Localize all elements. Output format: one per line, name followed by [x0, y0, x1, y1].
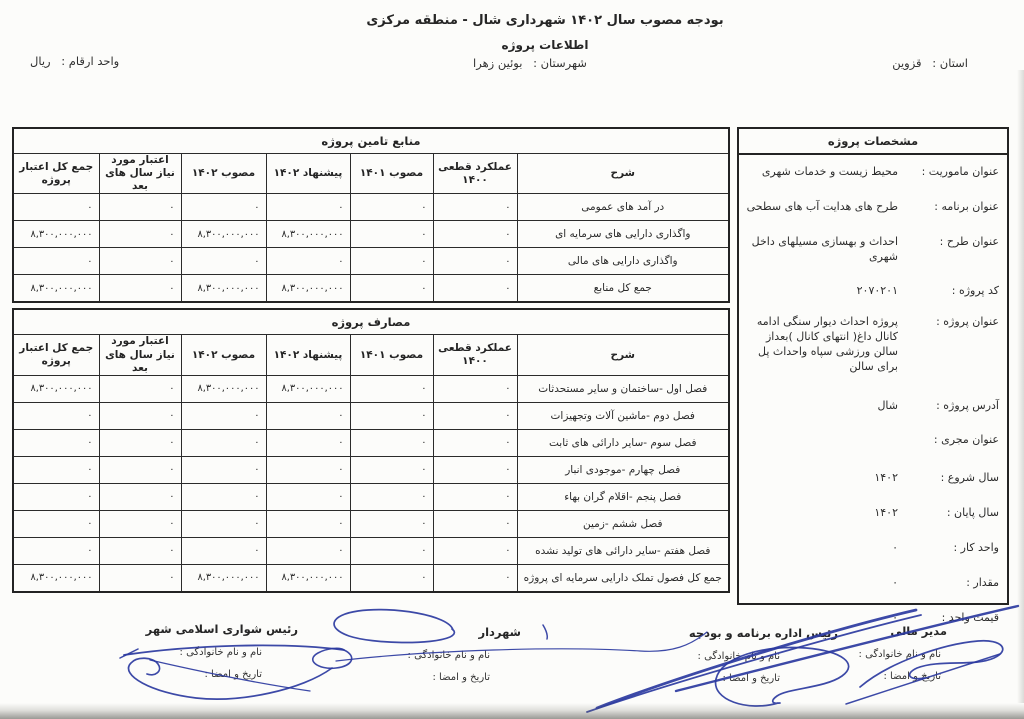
table-title-row: منابع تامین پروژه	[13, 128, 729, 154]
cell-value: ۰	[99, 483, 181, 510]
cell-value: ۰	[266, 510, 350, 537]
spec-field-label: عنوان طرح :	[907, 235, 999, 250]
table-row: فصل چهارم -موجودی انبار۰۰۰۰۰۰	[13, 456, 729, 483]
spec-field-value: محیط زیست و خدمات شهری	[745, 165, 907, 180]
cell-value: ۸,۳۰۰,۰۰۰,۰۰۰	[181, 275, 266, 303]
column-header: جمع کل اعتبار پروژه	[13, 154, 99, 194]
spec-field: سال شروع :۱۴۰۲	[745, 471, 999, 486]
spec-field: عنوان ماموریت :محیط زیست و خدمات شهری	[745, 165, 999, 180]
province-field: استان : قزوین	[892, 56, 968, 70]
spec-field: عنوان مجری :	[745, 433, 999, 448]
cell-value: ۰	[181, 248, 266, 275]
cell-value: ۰	[99, 221, 181, 248]
cell-value: ۰	[350, 248, 433, 275]
spec-field: آدرس پروژه :شال	[745, 399, 999, 414]
cell-value: ۰	[350, 375, 433, 402]
table-title: منابع تامین پروژه	[13, 128, 729, 154]
cell-value: ۰	[266, 537, 350, 564]
cell-value: ۰	[99, 537, 181, 564]
signature-date-label: تاریخ و امضا :	[688, 668, 780, 690]
cell-value: ۰	[266, 456, 350, 483]
cell-value: ۰	[350, 429, 433, 456]
cell-value: ۸,۳۰۰,۰۰۰,۰۰۰	[181, 221, 266, 248]
column-header: شرح	[517, 335, 729, 375]
cell-value: ۸,۳۰۰,۰۰۰,۰۰۰	[181, 375, 266, 402]
cell-value: ۰	[350, 483, 433, 510]
signature-name-label: نام و نام خانوادگی :	[688, 646, 780, 668]
spec-field-label: سال پایان :	[907, 506, 999, 521]
spec-field-label: عنوان پروژه :	[907, 315, 999, 330]
table-row: فصل دوم -ماشین آلات وتجهیزات۰۰۰۰۰۰	[13, 402, 729, 429]
cell-value: ۸,۳۰۰,۰۰۰,۰۰۰	[266, 564, 350, 592]
spec-field-value: ۰	[745, 541, 907, 556]
cell-value: ۰	[13, 537, 99, 564]
spec-field-value: احداث و بهسازی مسیلهای داخل شهری	[745, 235, 907, 265]
cell-value: ۰	[181, 402, 266, 429]
signature-ink-council-head	[313, 648, 352, 668]
row-label: فصل پنجم -اقلام گران بهاء	[517, 483, 729, 510]
cell-value: ۰	[181, 194, 266, 221]
table-title: مصارف پروژه	[13, 309, 729, 335]
signature-ink-financial-manager	[846, 654, 1000, 704]
column-header: عملکرد قطعی ۱۴۰۰	[433, 154, 517, 194]
cell-value: ۰	[350, 537, 433, 564]
cell-value: ۰	[99, 429, 181, 456]
column-header: اعتبار مورد نیاز سال های بعد	[99, 335, 181, 375]
spec-field-label: سال شروع :	[907, 471, 999, 486]
cell-value: ۰	[13, 483, 99, 510]
spec-field-label: مقدار :	[907, 576, 999, 591]
cell-value: ۰	[181, 510, 266, 537]
currency-unit-label: واحد ارقام :	[61, 54, 119, 68]
table-row: فصل هفتم -سایر دارائی های تولید نشده۰۰۰۰…	[13, 537, 729, 564]
spec-field-value: ۰	[745, 576, 907, 591]
table-row: فصل ششم -زمین۰۰۰۰۰۰	[13, 510, 729, 537]
spec-field-value: پروژه احداث دیوار سنگی ادامه کانال داغ( …	[745, 315, 907, 374]
table-row: واگذاری دارایی های سرمایه ای۰۰۸,۳۰۰,۰۰۰,…	[13, 221, 729, 248]
cell-value: ۰	[99, 564, 181, 592]
table-title-row: مصارف پروژه	[13, 309, 729, 335]
column-header: مصوب ۱۴۰۱	[350, 335, 433, 375]
cell-value: ۸,۳۰۰,۰۰۰,۰۰۰	[266, 275, 350, 303]
project-specs-title: مشخصات پروژه	[739, 129, 1007, 155]
table-row: در آمد های عمومی۰۰۰۰۰۰	[13, 194, 729, 221]
signature-role: رئیس شواری اسلامی شهر	[150, 622, 298, 636]
cell-value: ۰	[13, 456, 99, 483]
cell-value: ۰	[350, 402, 433, 429]
cell-value: ۰	[99, 275, 181, 303]
spec-field: قیمت واحد :۰	[745, 611, 999, 626]
cell-value: ۰	[13, 402, 99, 429]
cell-value: ۰	[350, 510, 433, 537]
spec-field-value: ۲۰۷۰۲۰۱	[745, 284, 907, 299]
cell-value: ۰	[433, 221, 517, 248]
cell-value: ۸,۳۰۰,۰۰۰,۰۰۰	[13, 275, 99, 303]
county-value: بوئین زهرا	[473, 56, 522, 70]
spec-field: سال پایان :۱۴۰۲	[745, 506, 999, 521]
row-label: فصل سوم -سایر دارائی های ثابت	[517, 429, 729, 456]
county-label: شهرستان :	[533, 56, 587, 70]
signature-role: مدیر مالی	[835, 624, 947, 638]
spec-field: مقدار :۰	[745, 576, 999, 591]
spec-field-value: ۱۴۰۲	[745, 506, 907, 521]
column-header: پیشنهاد ۱۴۰۲	[266, 335, 350, 375]
signature-name-label: نام و نام خانوادگی :	[835, 644, 941, 666]
cell-value: ۰	[99, 402, 181, 429]
row-label: جمع کل فصول تملک دارایی سرمایه ای پروژه	[517, 564, 729, 592]
currency-unit-value: ریال	[30, 54, 51, 68]
signature-block-financial-manager: مدیر مالینام و نام خانوادگی :تاریخ و امض…	[835, 624, 947, 688]
spec-field: عنوان پروژه :پروژه احداث دیوار سنگی ادام…	[745, 315, 999, 374]
cell-value: ۰	[433, 194, 517, 221]
column-header: اعتبار مورد نیاز سال های بعد	[99, 154, 181, 194]
cell-value: ۰	[99, 456, 181, 483]
spec-field-value: ۰	[745, 611, 907, 626]
row-label: فصل ششم -زمین	[517, 510, 729, 537]
signature-ink-council-head	[120, 649, 138, 658]
column-header: عملکرد قطعی ۱۴۰۰	[433, 335, 517, 375]
cell-value: ۰	[181, 456, 266, 483]
column-header: شرح	[517, 154, 729, 194]
signature-ink-budget-head	[587, 615, 921, 712]
project-specs-panel: مشخصات پروژه عنوان ماموریت :محیط زیست و …	[737, 127, 1009, 605]
cell-value: ۰	[350, 456, 433, 483]
project-specs-fields: عنوان ماموریت :محیط زیست و خدمات شهریعنو…	[739, 155, 1007, 626]
signature-ink-budget-head	[716, 648, 849, 706]
cell-value: ۰	[433, 510, 517, 537]
cell-value: ۸,۳۰۰,۰۰۰,۰۰۰	[13, 375, 99, 402]
cell-value: ۰	[433, 375, 517, 402]
spec-field: عنوان برنامه :طرح های هدایت آب های سطحی	[745, 200, 999, 215]
document-title: بودجه مصوب سال ۱۴۰۲ شهرداری شال - منطقه …	[145, 13, 945, 28]
row-label: فصل هفتم -سایر دارائی های تولید نشده	[517, 537, 729, 564]
cell-value: ۰	[266, 483, 350, 510]
table-row: جمع کل فصول تملک دارایی سرمایه ای پروژه۰…	[13, 564, 729, 592]
spec-field-label: کد پروژه :	[907, 284, 999, 299]
cell-value: ۰	[13, 510, 99, 537]
spec-field-label: عنوان برنامه :	[907, 200, 999, 215]
row-label: فصل چهارم -موجودی انبار	[517, 456, 729, 483]
row-label: فصل اول -ساختمان و سایر مستحدثات	[517, 375, 729, 402]
signature-block-city-council-head: رئیس شواری اسلامی شهرنام و نام خانوادگی …	[150, 622, 298, 686]
signature-date-label: تاریخ و امضا :	[399, 667, 490, 689]
cell-value: ۸,۳۰۰,۰۰۰,۰۰۰	[13, 221, 99, 248]
spec-field: کد پروژه :۲۰۷۰۲۰۱	[745, 284, 999, 299]
cell-value: ۰	[433, 275, 517, 303]
spec-field-label: عنوان ماموریت :	[907, 165, 999, 180]
spec-field-label: واحد کار :	[907, 541, 999, 556]
spec-field-label: قیمت واحد :	[907, 611, 999, 626]
spec-field-value: شال	[745, 399, 907, 414]
cell-value: ۰	[350, 564, 433, 592]
signature-name-label: نام و نام خانوادگی :	[150, 642, 262, 664]
table-row: فصل اول -ساختمان و سایر مستحدثات۰۰۸,۳۰۰,…	[13, 375, 729, 402]
row-label: جمع کل منابع	[517, 275, 729, 303]
cell-value: ۰	[99, 375, 181, 402]
cell-value: ۰	[99, 194, 181, 221]
cell-value: ۰	[350, 194, 433, 221]
signature-role: شهردار	[399, 625, 521, 639]
signature-ink-council-head	[129, 658, 332, 699]
column-header: مصوب ۱۴۰۱	[350, 154, 433, 194]
row-label: در آمد های عمومی	[517, 194, 729, 221]
column-header: مصوب ۱۴۰۲	[181, 154, 266, 194]
cell-value: ۰	[266, 248, 350, 275]
spec-field-value: ۱۴۰۲	[745, 471, 907, 486]
signature-date-label: تاریخ و امضا :	[835, 666, 941, 688]
cell-value: ۰	[433, 537, 517, 564]
signature-date-label: تاریخ و امضا :	[150, 664, 262, 686]
spec-field-value: طرح های هدایت آب های سطحی	[745, 200, 907, 215]
table-row: جمع کل منابع۰۰۸,۳۰۰,۰۰۰,۰۰۰۸,۳۰۰,۰۰۰,۰۰۰…	[13, 275, 729, 303]
cell-value: ۰	[433, 564, 517, 592]
province-label: استان :	[932, 56, 968, 70]
spec-field: عنوان طرح :احداث و بهسازی مسیلهای داخل ش…	[745, 235, 999, 265]
table-header-row: شرحعملکرد قطعی ۱۴۰۰مصوب ۱۴۰۱پیشنهاد ۱۴۰۲…	[13, 154, 729, 194]
scanned-budget-document: بودجه مصوب سال ۱۴۰۲ شهرداری شال - منطقه …	[0, 0, 1024, 719]
signature-ink-council-head	[150, 660, 310, 691]
column-header: مصوب ۱۴۰۲	[181, 335, 266, 375]
cell-value: ۰	[181, 483, 266, 510]
spec-field: واحد کار :۰	[745, 541, 999, 556]
signature-ink-financial-manager	[860, 641, 1003, 687]
county-field: شهرستان : بوئین زهرا	[455, 56, 605, 70]
cell-value: ۰	[433, 429, 517, 456]
signature-block-budget-office-head: رئیس اداره برنامه و بودجهنام و نام خانوا…	[688, 626, 838, 690]
cell-value: ۸,۳۰۰,۰۰۰,۰۰۰	[181, 564, 266, 592]
cell-value: ۰	[266, 402, 350, 429]
column-header: جمع کل اعتبار پروژه	[13, 335, 99, 375]
cell-value: ۰	[433, 248, 517, 275]
cell-value: ۸,۳۰۰,۰۰۰,۰۰۰	[13, 564, 99, 592]
scan-right-shadow	[1017, 70, 1024, 703]
cell-value: ۰	[266, 429, 350, 456]
document-subtitle: اطلاعات پروژه	[145, 38, 945, 52]
signature-ink-mayor	[334, 610, 454, 643]
currency-unit-field: واحد ارقام : ریال	[30, 54, 119, 68]
cell-value: ۰	[13, 429, 99, 456]
cell-value: ۸,۳۰۰,۰۰۰,۰۰۰	[266, 375, 350, 402]
cell-value: ۰	[350, 221, 433, 248]
signature-ink-mayor	[336, 632, 707, 661]
province-value: قزوین	[892, 56, 921, 70]
cell-value: ۰	[99, 248, 181, 275]
signature-ink-budget-head	[543, 625, 547, 639]
table-header-row: شرحعملکرد قطعی ۱۴۰۰مصوب ۱۴۰۱پیشنهاد ۱۴۰۲…	[13, 335, 729, 375]
cell-value: ۸,۳۰۰,۰۰۰,۰۰۰	[266, 221, 350, 248]
cell-value: ۰	[13, 194, 99, 221]
spec-field-label: آدرس پروژه :	[907, 399, 999, 414]
cell-value: ۰	[181, 537, 266, 564]
table-row: واگذاری دارایی های مالی۰۰۰۰۰۰	[13, 248, 729, 275]
cell-value: ۰	[350, 275, 433, 303]
row-label: واگذاری دارایی های سرمایه ای	[517, 221, 729, 248]
cell-value: ۰	[99, 510, 181, 537]
signature-block-mayor: شهردارنام و نام خانوادگی :تاریخ و امضا :	[399, 625, 521, 689]
signature-role: رئیس اداره برنامه و بودجه	[688, 626, 838, 640]
table-row: فصل سوم -سایر دارائی های ثابت۰۰۰۰۰۰	[13, 429, 729, 456]
cell-value: ۰	[433, 402, 517, 429]
row-label: واگذاری دارایی های مالی	[517, 248, 729, 275]
cell-value: ۰	[266, 194, 350, 221]
cell-value: ۰	[433, 456, 517, 483]
funding-sources-table: منابع تامین پروژهشرحعملکرد قطعی ۱۴۰۰مصوب…	[12, 127, 730, 303]
expenditures-table: مصارف پروژهشرحعملکرد قطعی ۱۴۰۰مصوب ۱۴۰۱پ…	[12, 308, 730, 592]
spec-field-label: عنوان مجری :	[907, 433, 999, 448]
cell-value: ۰	[13, 248, 99, 275]
scan-bottom-shadow	[0, 703, 1024, 719]
table-row: فصل پنجم -اقلام گران بهاء۰۰۰۰۰۰	[13, 483, 729, 510]
column-header: پیشنهاد ۱۴۰۲	[266, 154, 350, 194]
cell-value: ۰	[433, 483, 517, 510]
signature-name-label: نام و نام خانوادگی :	[399, 645, 490, 667]
cell-value: ۰	[181, 429, 266, 456]
signature-ink-council-head	[124, 645, 344, 655]
budget-tables: منابع تامین پروژهشرحعملکرد قطعی ۱۴۰۰مصوب…	[14, 127, 730, 593]
row-label: فصل دوم -ماشین آلات وتجهیزات	[517, 402, 729, 429]
